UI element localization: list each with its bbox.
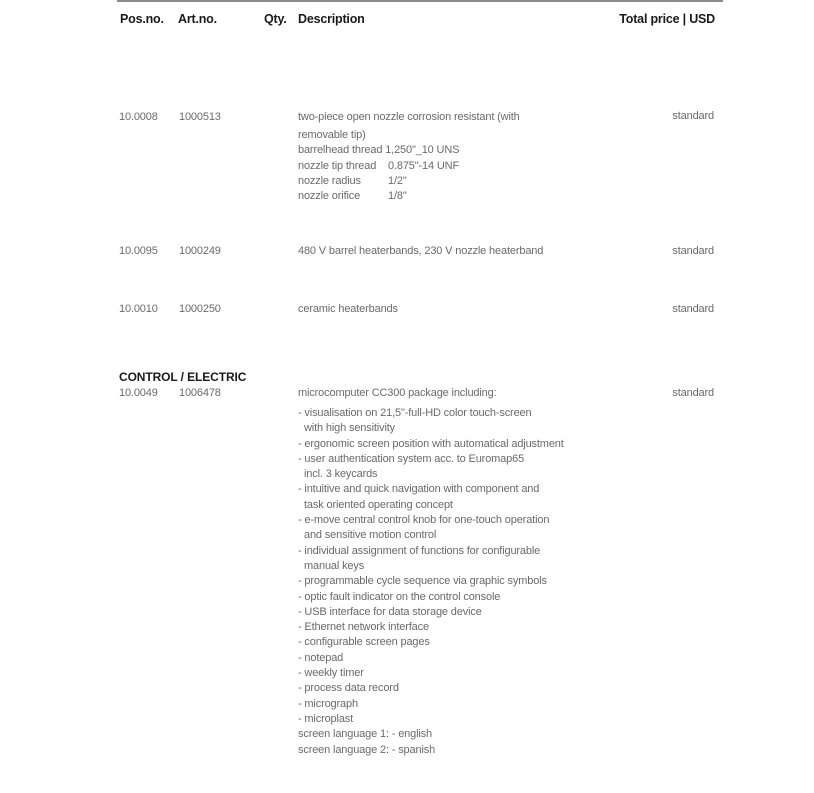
row-pos-no: 10.0049 [119, 387, 158, 399]
feature-line: - e-move central control knob for one-to… [298, 513, 564, 528]
row-total-price: standard [672, 245, 714, 257]
feature-line: manual keys [298, 559, 564, 574]
feature-line: - USB interface for data storage device [298, 605, 564, 620]
row-total-price: standard [672, 387, 714, 399]
feature-line: - weekly timer [298, 666, 564, 681]
feature-line: screen language 1: - english [298, 727, 564, 742]
spec-line: nozzle tip thread0.875"-14 UNF [298, 159, 459, 174]
feature-line: - ergonomic screen position with automat… [298, 437, 564, 452]
spec-line: nozzle radius1/2" [298, 174, 459, 189]
row-description-details: removable tip) barrelhead thread 1,250"_… [298, 128, 459, 204]
row-art-no: 1000249 [179, 245, 221, 257]
spec-line: nozzle orifice1/8" [298, 189, 459, 204]
spec-value: 1/2" [388, 174, 407, 189]
feature-line: - micrograph [298, 697, 564, 712]
spec-key: nozzle tip thread [298, 159, 388, 174]
row-art-no: 1006478 [179, 387, 221, 399]
feature-line: - intuitive and quick navigation with co… [298, 482, 564, 497]
feature-line: and sensitive motion control [298, 528, 564, 543]
row-description: two-piece open nozzle corrosion resistan… [298, 111, 520, 123]
feature-line: task oriented operating concept [298, 498, 564, 513]
feature-line: - notepad [298, 651, 564, 666]
feature-line: - Ethernet network interface [298, 620, 564, 635]
column-header-pos-no: Pos.no. [120, 12, 164, 26]
row-total-price: standard [672, 303, 714, 315]
row-art-no: 1000250 [179, 303, 221, 315]
feature-line: incl. 3 keycards [298, 467, 564, 482]
spec-value: 1/8" [388, 189, 407, 204]
row-pos-no: 10.0010 [119, 303, 158, 315]
row-description: microcomputer CC300 package including: [298, 387, 497, 399]
section-title: CONTROL / ELECTRIC [119, 370, 246, 384]
row-art-no: 1000513 [179, 111, 221, 123]
column-header-total-price: Total price | USD [619, 12, 715, 26]
description-continuation: removable tip) [298, 128, 459, 143]
feature-line: - process data record [298, 681, 564, 696]
feature-line: - microplast [298, 712, 564, 727]
feature-line: - configurable screen pages [298, 635, 564, 650]
row-description: 480 V barrel heaterbands, 230 V nozzle h… [298, 245, 543, 257]
top-divider [117, 0, 723, 2]
feature-list: - visualisation on 21,5"-full-HD color t… [298, 406, 564, 758]
feature-line: - optic fault indicator on the control c… [298, 590, 564, 605]
spec-key: nozzle radius [298, 174, 388, 189]
feature-line: - individual assignment of functions for… [298, 544, 564, 559]
feature-line: with high sensitivity [298, 421, 564, 436]
column-header-qty: Qty. [264, 12, 287, 26]
spec-value: 0.875"-14 UNF [388, 159, 459, 174]
row-pos-no: 10.0095 [119, 245, 158, 257]
feature-line: - visualisation on 21,5"-full-HD color t… [298, 406, 564, 421]
spec-key: nozzle orifice [298, 189, 388, 204]
feature-line: screen language 2: - spanish [298, 743, 564, 758]
spec-line: barrelhead thread 1,250"_10 UNS [298, 143, 459, 158]
spec-key: barrelhead thread [298, 143, 382, 158]
feature-line: - user authentication system acc. to Eur… [298, 452, 564, 467]
row-description: ceramic heaterbands [298, 303, 398, 315]
row-total-price: standard [672, 110, 714, 122]
column-header-description: Description [298, 12, 365, 26]
feature-line: - programmable cycle sequence via graphi… [298, 574, 564, 589]
row-pos-no: 10.0008 [119, 111, 158, 123]
column-header-art-no: Art.no. [178, 12, 217, 26]
spec-value: 1,250"_10 UNS [385, 143, 459, 158]
